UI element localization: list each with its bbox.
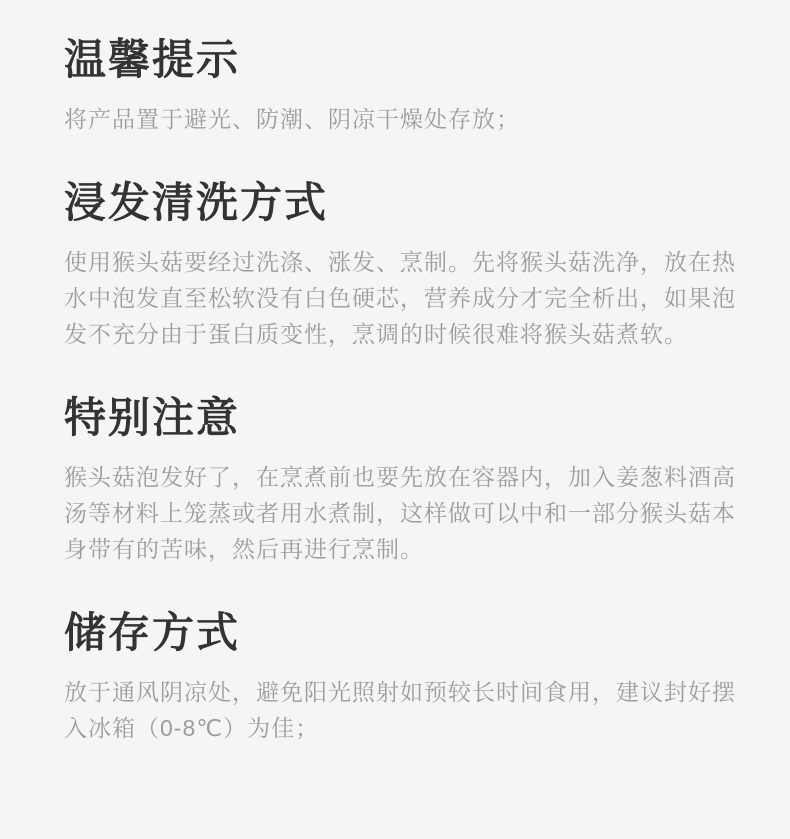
section-body: 使用猴头菇要经过洗涤、涨发、烹制。先将猴头菇洗净，放在热 水中泡发直至松软没有白… [64, 244, 734, 352]
section-heading: 储存方式 [64, 603, 734, 664]
product-description-page: 温馨提示 将产品置于避光、防潮、阴凉干燥处存放； 浸发清洗方式 使用猴头菇要经过… [0, 0, 790, 839]
section-heading: 温馨提示 [64, 30, 734, 91]
section-heading: 特别注意 [64, 388, 734, 449]
section-soaking-washing-method: 浸发清洗方式 使用猴头菇要经过洗涤、涨发、烹制。先将猴头菇洗净，放在热 水中泡发… [64, 173, 734, 352]
section-warm-tips: 温馨提示 将产品置于避光、防潮、阴凉干燥处存放； [64, 30, 734, 137]
section-body: 将产品置于避光、防潮、阴凉干燥处存放； [64, 101, 734, 137]
section-special-attention: 特别注意 猴头菇泡发好了，在烹煮前也要先放在容器内，加入姜葱料酒高 汤等材料上笼… [64, 388, 734, 567]
section-heading: 浸发清洗方式 [64, 173, 734, 234]
section-body: 放于通风阴凉处，避免阳光照射如预较长时间食用，建议封好摆 入冰箱（0-8℃）为佳… [64, 674, 734, 746]
section-body: 猴头菇泡发好了，在烹煮前也要先放在容器内，加入姜葱料酒高 汤等材料上笼蒸或者用水… [64, 459, 734, 567]
section-storage-method: 储存方式 放于通风阴凉处，避免阳光照射如预较长时间食用，建议封好摆 入冰箱（0-… [64, 603, 734, 746]
